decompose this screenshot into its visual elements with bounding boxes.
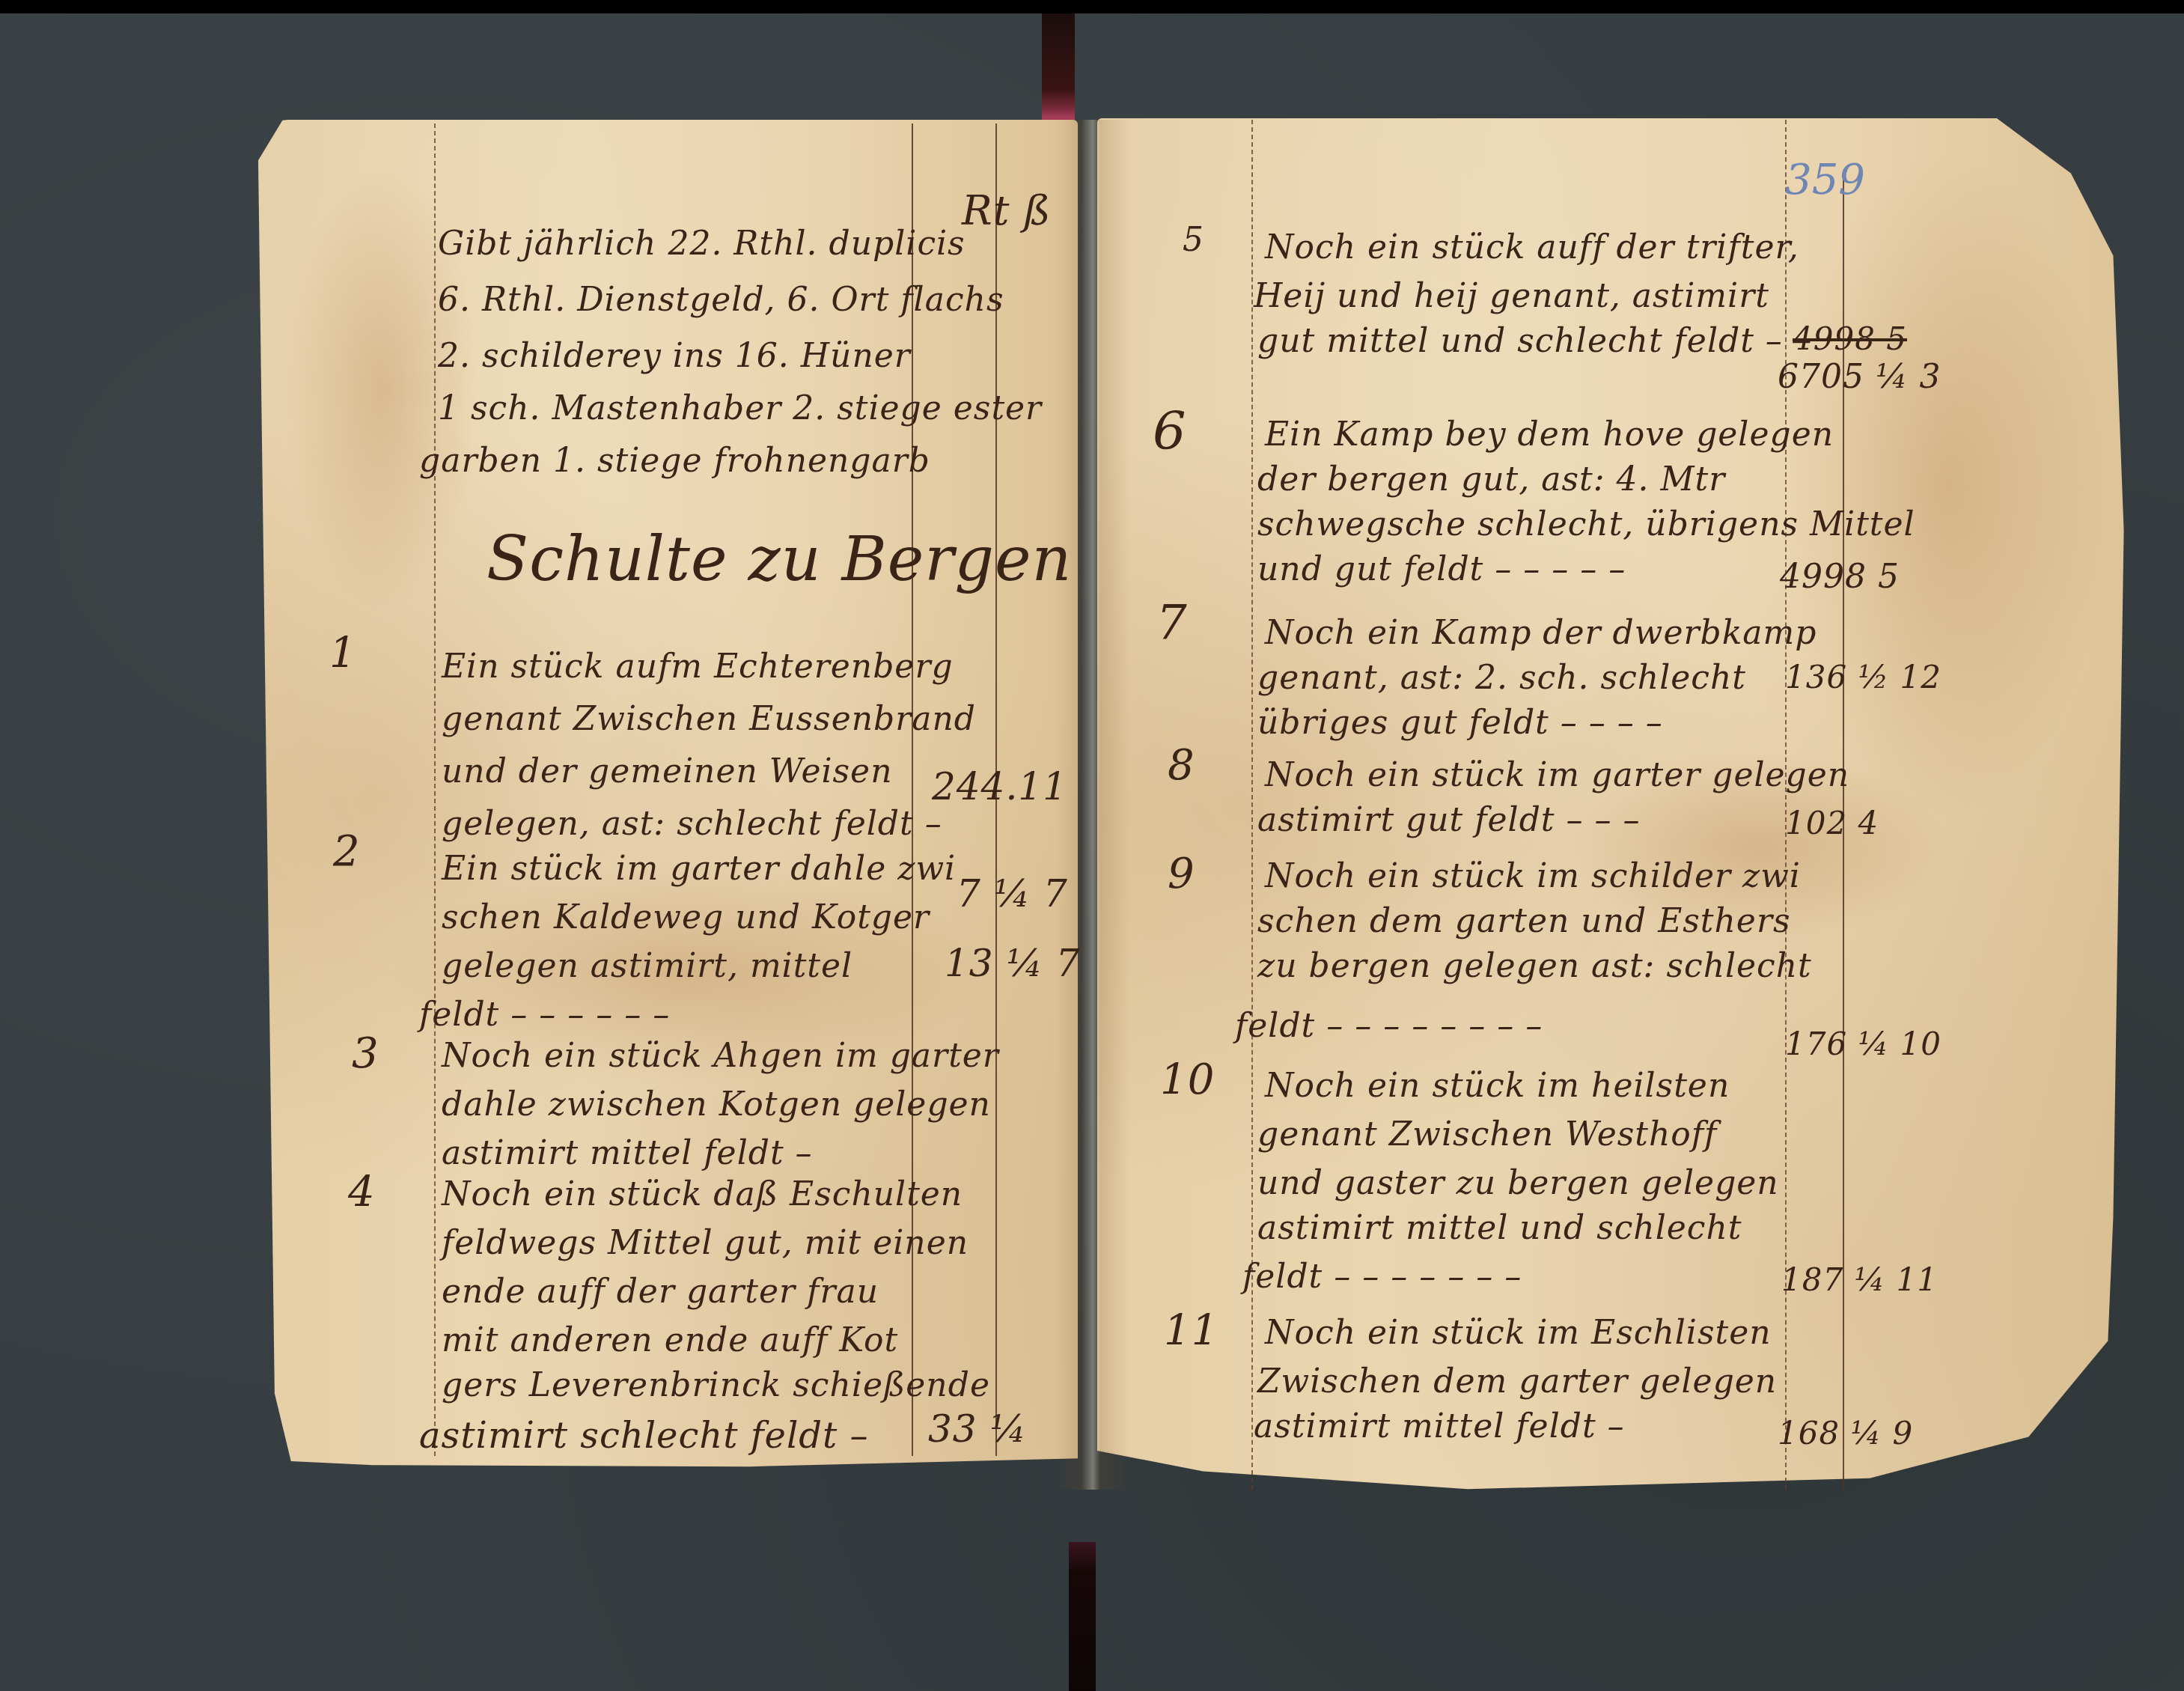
entry-amount: 136 ½ 12 (1785, 659, 1941, 695)
bookmark-ribbon-bottom (1069, 1542, 1096, 1691)
entry-line: Noch ein stück im garter gelegen (1265, 756, 1849, 794)
entry-line: gelegen, ast: schlecht feldt – (442, 805, 942, 843)
entry-line: feldt – – – – – – – – (1235, 1007, 1543, 1045)
entry-amount: 4998 5 (1780, 558, 1900, 596)
entry-line: Noch ein stück Ahgen im garter (442, 1037, 999, 1075)
entry-line: schwegsche schlecht, übrigens Mittel (1257, 505, 1915, 543)
entry-number: 5 (1183, 221, 1204, 259)
entry-line: Noch ein stück im heilsten (1265, 1067, 1730, 1105)
preamble-line: garben 1. stiege frohnengarb (419, 442, 930, 480)
section-heading: Schulte zu Bergen (486, 524, 1072, 595)
entry-line: astimirt gut feldt – – – (1257, 801, 1640, 839)
bookmark-ribbon-top (1042, 13, 1075, 122)
entry-number: 11 (1164, 1306, 1218, 1355)
entry-number: 2 (333, 827, 361, 876)
entry-line: astimirt mittel feldt – (442, 1134, 813, 1172)
entry-number: 1 (329, 629, 357, 677)
entry-line: Ein stück im garter dahle zwi (442, 850, 956, 888)
left-margin-rule (434, 124, 436, 1456)
entry-line: Noch ein stück im Eschlisten (1265, 1314, 1772, 1352)
entry-number: 9 (1168, 850, 1195, 898)
entry-line: gelegen astimirt, mittel (442, 947, 852, 985)
entry-amount: 187 ¼ 11 (1781, 1261, 1938, 1298)
entry-line: schen dem garten und Esthers (1257, 902, 1791, 940)
entry-amount: 176 ¼ 10 (1785, 1026, 1941, 1062)
entry-amount: 6705 ¼ 3 (1778, 358, 1941, 396)
entry-line: und der gemeinen Weisen (442, 752, 893, 790)
entry-line: schen Kaldeweg und Kotger (442, 898, 930, 936)
entry-line: feldwegs Mittel gut, mit einen (442, 1224, 969, 1262)
entry-number: 8 (1168, 741, 1195, 790)
entry-line: Noch ein stück auff der trifter, (1265, 228, 1799, 266)
entry-line: feldt – – – – – – (419, 996, 670, 1034)
entry-line: Heij und heij genant, astimirt (1254, 277, 1769, 315)
folio-number: 359 (1785, 156, 1865, 204)
entry-amount: 102 4 (1785, 805, 1879, 841)
entry-line: gut mittel und schlecht feldt – (1257, 322, 1783, 360)
entry-amount: 244.11 (932, 765, 1067, 808)
entry-line: mit anderen ende auff Kot (442, 1321, 898, 1359)
entry-amount-struck: 4998 5 (1793, 320, 1907, 357)
entry-number: 10 (1160, 1055, 1215, 1104)
entry-amount: 168 ¼ 9 (1778, 1415, 1913, 1451)
entry-line: dahle zwischen Kotgen gelegen (442, 1085, 991, 1124)
entry-line: Noch ein stück daß Eschulten (442, 1175, 963, 1213)
entry-line: astimirt schlecht feldt – (419, 1415, 869, 1457)
entry-number: 7 (1156, 595, 1188, 650)
entry-line: Ein stück aufm Echterenberg (442, 648, 954, 686)
entry-line: gers Leverenbrinck schießende (442, 1366, 990, 1404)
column-header: Rt ß (962, 187, 1052, 234)
entry-amount: 13 ¼ 7 (945, 942, 1081, 985)
entry-line: Noch ein Kamp der dwerbkamp (1265, 614, 1817, 652)
entry-line: Noch ein stück im schilder zwi (1265, 857, 1801, 895)
preamble-line: Gibt jährlich 22. Rthl. duplicis (438, 225, 966, 263)
entry-line: Ein Kamp bey dem hove gelegen (1265, 415, 1834, 454)
entry-amount: 33 ¼ (928, 1407, 1027, 1451)
entry-line: astimirt mittel und schlecht (1257, 1209, 1742, 1247)
preamble-line: 1 sch. Mastenhaber 2. stiege ester (438, 389, 1042, 427)
entry-line: und gut feldt – – – – – (1257, 550, 1626, 588)
window-title-bar: /Abt_Westfalen/D002/~017/01701/LAV_W_D00… (0, 0, 2184, 13)
entry-line: genant Zwischen Eussenbrand (442, 700, 976, 738)
preamble-line: 2. schilderey ins 16. Hüner (438, 337, 911, 375)
entry-number: 4 (348, 1168, 376, 1216)
entry-line: und gaster zu bergen gelegen (1257, 1164, 1779, 1202)
entry-line: feldt – – – – – – – (1242, 1258, 1522, 1296)
entry-line: genant Zwischen Westhoff (1257, 1115, 1717, 1154)
entry-number: 3 (352, 1029, 379, 1078)
entry-line: ende auff der garter frau (442, 1273, 879, 1311)
entry-line: der bergen gut, ast: 4. Mtr (1257, 460, 1725, 499)
preamble-line: 6. Rthl. Dienstgeld, 6. Ort flachs (438, 281, 1004, 319)
entry-amount: 7 ¼ 7 (957, 872, 1068, 915)
entry-line: Zwischen dem garter gelegen (1257, 1362, 1777, 1401)
entry-line: übriges gut feldt – – – – (1257, 704, 1663, 742)
entry-line: astimirt mittel feldt – (1254, 1407, 1625, 1445)
entry-line: zu bergen gelegen ast: schlecht (1257, 947, 1812, 985)
entry-line: genant, ast: 2. sch. schlecht (1257, 659, 1746, 697)
entry-number: 6 (1153, 400, 1187, 462)
